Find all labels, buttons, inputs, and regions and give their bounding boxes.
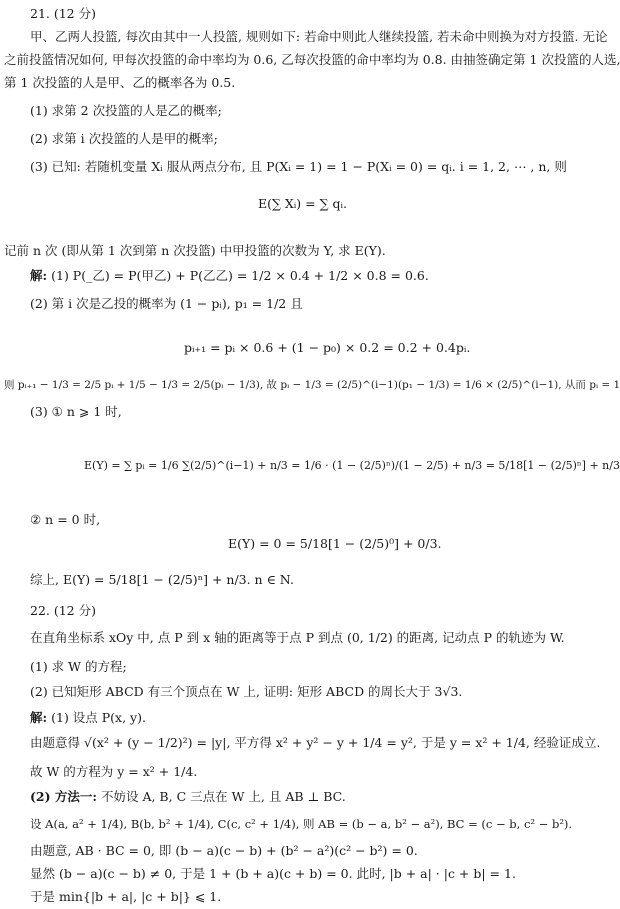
problem-21-question-1: (1) 求第 2 次投篮的人是乙的概率; [30, 103, 222, 119]
problem-22-solution-1b: 由题意得 √(x² + (y − 1/2)²) = |y|, 平方得 x² + … [30, 735, 600, 751]
problem-21-question-3-tail: 记前 n 次 (即从第 1 次到第 n 次投篮) 中甲投篮的次数为 Y, 求 E… [4, 243, 386, 259]
problem-21-statement-line-3: 第 1 次投篮的人是甲、乙的概率各为 0.5. [4, 75, 235, 91]
problem-21-solution-2-derivation: 则 pᵢ₊₁ − 1/3 = 2/5 pᵢ + 1/5 − 1/3 = 2/5(… [4, 377, 620, 393]
problem-21-expectation-sum-formula: E(Y) = ∑ pᵢ = 1/6 ∑(2/5)^(i−1) + n/3 = 1… [84, 458, 620, 474]
solution-2a-text: 不妨设 A, B, C 三点在 W 上, 且 AB ⊥ BC. [101, 789, 346, 804]
problem-22-question-2: (2) 已知矩形 ABCD 有三个顶点在 W 上, 证明: 矩形 ABCD 的周… [30, 684, 462, 700]
problem-21-question-2: (2) 求第 i 次投篮的人是甲的概率; [30, 131, 218, 147]
problem-21-solution-2: (2) 第 i 次是乙投的概率为 (1 − pᵢ), p₁ = 1/2 且 [30, 296, 303, 312]
method-label: (2) 方法一: [30, 789, 97, 804]
solution-1a-text: (1) 设点 P(x, y). [51, 710, 146, 725]
problem-21-question-3: (3) 已知: 若随机变量 Xᵢ 服从两点分布, 且 P(Xᵢ = 1) = 1… [30, 159, 567, 175]
problem-22-header: 22. (12 分) [30, 603, 96, 619]
problem-21-summary: 综上, E(Y) = 5/18[1 − (2/5)ⁿ] + n/3. n ∈ N… [30, 572, 294, 588]
problem-21-statement-line-2: 之前投篮情况如何, 甲每次投篮的命中率均为 0.6, 乙每次投篮的命中率均为 0… [4, 52, 620, 68]
problem-21-solution-3-case-2: ② n = 0 时, [30, 512, 100, 528]
problem-21-statement-line-1: 甲、乙两人投篮, 每次由其中一人投篮, 规则如下: 若命中则此人继续投篮, 若未… [30, 29, 607, 45]
problem-21-solution-1: 解: (1) P(_乙) = P(甲乙) + P(乙乙) = 1/2 × 0.4… [30, 268, 429, 284]
problem-21-solution-3-case-1: (3) ① n ⩾ 1 时, [30, 404, 122, 420]
problem-21-header: 21. (12 分) [30, 6, 96, 22]
problem-22-question-1: (1) 求 W 的方程; [30, 659, 127, 675]
problem-21-case-2-formula: E(Y) = 0 = 5/18[1 − (2/5)⁰] + 0/3. [228, 536, 442, 552]
problem-21-recurrence-formula: pᵢ₊₁ = pᵢ × 0.6 + (1 − p₀) × 0.2 = 0.2 +… [184, 340, 470, 356]
solution-1-text: (1) P(_乙) = P(甲乙) + P(乙乙) = 1/2 × 0.4 + … [51, 268, 429, 283]
problem-22-solution-2c: 由题意, AB · BC = 0, 即 (b − a)(c − b) + (b²… [30, 843, 418, 859]
problem-22-solution-2a: (2) 方法一: 不妨设 A, B, C 三点在 W 上, 且 AB ⊥ BC. [30, 789, 346, 805]
problem-22-solution-1a: 解: (1) 设点 P(x, y). [30, 710, 146, 726]
solution-label: 解: [30, 268, 47, 283]
problem-22-statement: 在直角坐标系 xOy 中, 点 P 到 x 轴的距离等于点 P 到点 (0, 1… [30, 630, 565, 646]
problem-22-solution-2e: 于是 min{|b + a|, |c + b|} ⩽ 1. [30, 889, 221, 905]
problem-22-solution-2d: 显然 (b − a)(c − b) ≠ 0, 于是 1 + (b + a)(c … [30, 866, 516, 882]
solution-label: 解: [30, 710, 47, 725]
problem-21-expectation-formula: E(∑ Xᵢ) = ∑ qᵢ. [258, 196, 347, 212]
problem-22-solution-2b: 设 A(a, a² + 1/4), B(b, b² + 1/4), C(c, c… [30, 816, 572, 832]
problem-22-solution-1c: 故 W 的方程为 y = x² + 1/4. [30, 764, 197, 780]
